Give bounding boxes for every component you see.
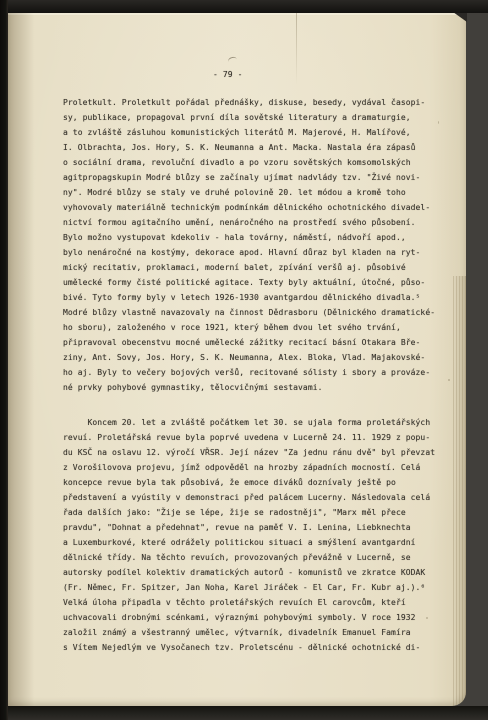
text-line: revuí. Proletářská revue byla poprvé uve… bbox=[63, 430, 455, 445]
text-line: Modré blůzy vlastně navazovaly na činnos… bbox=[63, 305, 455, 320]
paragraph: Koncem 20. let a zvláště počátkem let 30… bbox=[63, 415, 455, 655]
text-line: o sociální drama, revoluční divadlo a po… bbox=[63, 155, 455, 170]
text-line: Koncem 20. let a zvláště počátkem let 30… bbox=[63, 415, 455, 430]
text-line: a Luxemburkové, které odrážely politicko… bbox=[63, 535, 455, 550]
page-number: - 79 - bbox=[213, 70, 243, 79]
text-line: (Fr. Němec, Fr. Spitzer, Jan Noha, Karel… bbox=[63, 580, 455, 595]
text-line: nictví formou agitačního umění, nenáročn… bbox=[63, 215, 455, 230]
text-line: řada dalších jako: "Žije se lépe, žije s… bbox=[63, 505, 455, 520]
text-line: připravoval obecenstvu mocné umělecké zá… bbox=[63, 335, 455, 350]
text-line: sy, publikace, propagoval první díla sov… bbox=[63, 110, 455, 125]
text-line: pravdu", "Dohnat a předehnat", revue na … bbox=[63, 520, 455, 535]
ink-smudge bbox=[227, 56, 238, 65]
book-page: - 79 - Proletkult. Proletkult pořádal př… bbox=[8, 13, 466, 706]
scan-top-band bbox=[0, 0, 488, 13]
text-line: du KSČ na oslavu 12. výročí VŘSR. Její n… bbox=[63, 445, 455, 460]
text-line: z Vorošilovova projevu, jímž odpověděl n… bbox=[63, 460, 455, 475]
text-line: né prvky pohybové gymnastiky, tělocvičný… bbox=[63, 380, 455, 395]
text-line: Proletkult. Proletkult pořádal přednášky… bbox=[63, 95, 455, 110]
text-line: bivé. Tyto formy byly v letech 1926-1930… bbox=[63, 290, 455, 305]
text-line: uchvacovali drobnými scénkami, výraznými… bbox=[63, 610, 455, 625]
paper-crease bbox=[296, 13, 297, 85]
text-line: představení a vyústily v demonstraci pře… bbox=[63, 490, 455, 505]
text-line: I. Olbrachta, Jos. Hory, S. K. Neumanna … bbox=[63, 140, 455, 155]
text-line: s Vítem Nejedlým ve Vysočanech tzv. Prol… bbox=[63, 640, 455, 655]
binding-shadow bbox=[8, 13, 34, 706]
text-line: vyhovovaly materiálně technickým podmínk… bbox=[63, 200, 455, 215]
text-line: agitpropagskupin Modré blůzy se začínaly… bbox=[63, 170, 455, 185]
text-line: umělecké formy čisté politické agitace. … bbox=[63, 275, 455, 290]
binding-gutter bbox=[0, 0, 8, 720]
text-line: autorsky podílel kolektiv dramatických a… bbox=[63, 565, 455, 580]
paragraph: Proletkult. Proletkult pořádal přednášky… bbox=[63, 95, 455, 395]
text-line: ho aj. Byly to večery bojových veršů, re… bbox=[63, 365, 455, 380]
text-line: ny". Modré blůzy se staly ve druhé polov… bbox=[63, 185, 455, 200]
page-corner-cut bbox=[453, 12, 467, 22]
text-line: koncepce revue byla tak působivá, že emo… bbox=[63, 475, 455, 490]
text-line: ho sboru), založeného v roce 1921, který… bbox=[63, 320, 455, 335]
scan-bottom-band bbox=[0, 706, 488, 720]
text-line: bylo nenáročné na kostýmy, dekorace apod… bbox=[63, 245, 455, 260]
text-line: ziny, Ant. Sovy, Jos. Hory, S. K. Neuman… bbox=[63, 350, 455, 365]
text-line: dělnické třídy. Na těchto revuích, provo… bbox=[63, 550, 455, 565]
scanned-page-background: - 79 - Proletkult. Proletkult pořádal př… bbox=[0, 0, 488, 720]
text-line: mický recitativ, proklamaci, moderní bal… bbox=[63, 260, 455, 275]
text-line: Bylo možno vystupovat kdekoliv - hala to… bbox=[63, 230, 455, 245]
text-line: a to zvláště zásluhou komunistických lit… bbox=[63, 125, 455, 140]
text-line: Velká úloha připadla v těchto proletářsk… bbox=[63, 595, 455, 610]
text-line: založil známý a všestranný umělec, výtva… bbox=[63, 625, 455, 640]
text-block: Proletkult. Proletkult pořádal přednášky… bbox=[63, 95, 455, 655]
